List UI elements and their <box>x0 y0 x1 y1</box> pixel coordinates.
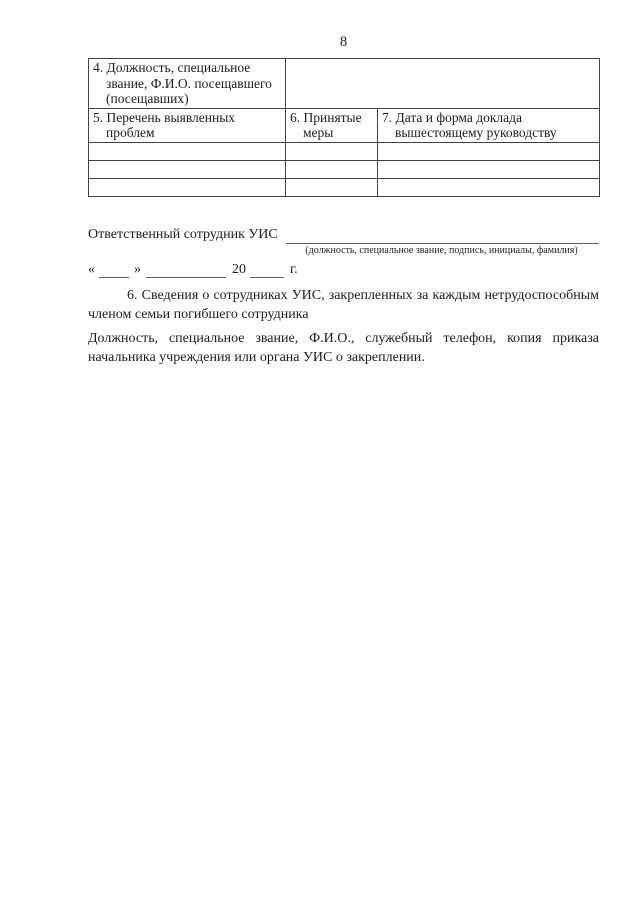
section-6-heading: 6. Сведения о сотрудниках УИС, закреплен… <box>88 286 599 324</box>
cell-position-label-text: 4. Должность, специальное звание, Ф.И.О.… <box>93 60 281 107</box>
table-empty-row <box>89 142 600 160</box>
empty-cell <box>286 142 378 160</box>
empty-cell <box>89 142 286 160</box>
section-6-body: Должность, специальное звание, Ф.И.О., с… <box>88 329 599 367</box>
table-row-headers: 5. Перечень выявленных проблем 6. Принят… <box>89 108 600 142</box>
responsible-officer-label: Ответственный сотрудник УИС <box>88 225 278 244</box>
year-blank <box>250 263 284 278</box>
cell-position-label: 4. Должность, специальное звание, Ф.И.О.… <box>89 59 286 109</box>
year-prefix: 20 <box>232 262 246 277</box>
empty-cell <box>378 178 600 196</box>
empty-cell <box>286 160 378 178</box>
page-number: 8 <box>88 33 599 52</box>
cell-header-measures: 6. Принятые меры <box>286 108 378 142</box>
empty-cell <box>286 178 378 196</box>
day-blank <box>99 263 129 278</box>
table-row-position: 4. Должность, специальное звание, Ф.И.О.… <box>89 59 600 109</box>
document-page: 8 4. Должность, специальное звание, Ф.И.… <box>88 33 599 367</box>
table-empty-row <box>89 160 600 178</box>
cell-header-measures-text: 6. Принятые меры <box>290 110 373 141</box>
table-empty-row <box>89 178 600 196</box>
cell-header-problems-text: 5. Перечень выявленных проблем <box>93 110 281 141</box>
date-line: «»20г. <box>88 261 599 278</box>
signature-blank-line <box>286 226 599 244</box>
empty-cell <box>89 160 286 178</box>
open-quote: « <box>88 262 95 277</box>
cell-position-value <box>286 59 600 109</box>
signature-caption: (должность, специальное звание, подпись,… <box>284 244 599 257</box>
responsible-officer-row: Ответственный сотрудник УИС <box>88 225 599 244</box>
visit-report-table: 4. Должность, специальное звание, Ф.И.О.… <box>88 58 600 197</box>
empty-cell <box>89 178 286 196</box>
empty-cell <box>378 160 600 178</box>
month-blank <box>146 263 226 278</box>
cell-header-report-text: 7. Дата и форма доклада вышестоящему рук… <box>382 110 595 141</box>
cell-header-problems: 5. Перечень выявленных проблем <box>89 108 286 142</box>
cell-header-report: 7. Дата и форма доклада вышестоящему рук… <box>378 108 600 142</box>
empty-cell <box>378 142 600 160</box>
year-suffix: г. <box>290 262 298 277</box>
close-quote: » <box>134 262 141 277</box>
